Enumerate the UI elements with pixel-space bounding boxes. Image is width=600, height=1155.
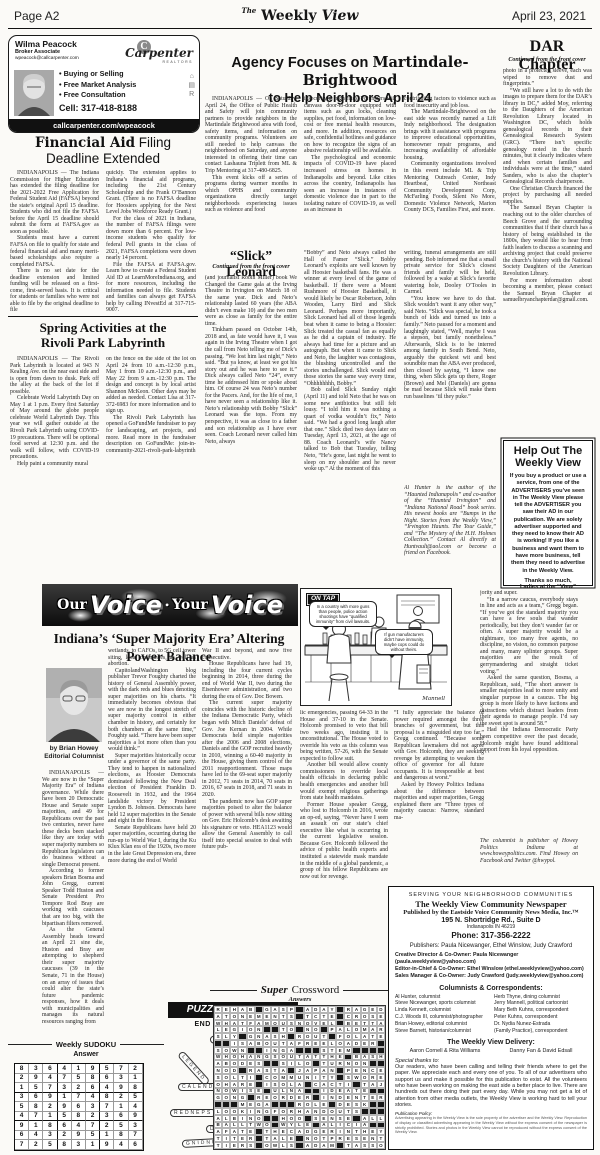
crossword-cell: U [295,1074,303,1081]
crossword-cell: O [304,1033,312,1040]
crossword-cell: A [320,1142,328,1149]
crossword-cell: L [222,1033,230,1040]
crossword-cell: N [352,1094,360,1101]
crossword-cell [352,1115,360,1122]
crossword-cell [336,1020,344,1027]
list-item: (Family Practice), correspondent [494,1028,587,1035]
sudoku-cell: 2 [43,1102,57,1112]
rule-line [343,990,390,991]
realtor-email[interactable]: wpeacock@callcarpenter.com [15,56,79,61]
sudoku-cell: 6 [29,1093,43,1103]
crossword-cell [295,1047,303,1054]
crossword-cell: A [361,1122,369,1129]
dar-continued-line: Continued from the front cover [502,57,592,63]
paragraph: Former House speaker Gregg, who lost to … [300,802,388,881]
crossword-cell: T [320,1074,328,1081]
crossword-cell: A [279,1067,287,1074]
crossword-cell: R [279,1094,287,1101]
crossword-cell [328,1101,336,1108]
howey-byline: by Brian Howey Editorial Columnist [36,745,112,761]
delivery-section-title: The Weekly View Delivery: [395,1039,587,1046]
sudoku-cell: 8 [72,1112,86,1122]
crossword-cell: R [238,1142,246,1149]
sudoku-cell: 1 [129,1074,143,1084]
crossword-cell: N [304,1135,312,1142]
crossword-cell: U [279,1020,287,1027]
crossword-cell: E [222,1026,230,1033]
sudoku-cell: 4 [58,1064,72,1074]
crossword-cell: A [230,1020,238,1027]
paragraph: wetlands, to CAFOs, to 5G cell tower sit… [108,648,196,668]
howey-col2: wetlands, to CAFOs, to 5G cell tower sit… [108,648,196,1000]
sudoku-cell: 7 [58,1074,72,1084]
sudoku-cell: 3 [114,1074,128,1084]
masthead-published: Published by the Eastside Voice Communit… [395,909,587,916]
list-item: R [188,90,195,99]
masthead-title: The Weekly View Community Newspaper [395,899,587,909]
crossword-cell: H [222,1020,230,1027]
list-item: • Free Market Analysis [59,80,136,91]
crossword-cell: T [238,1020,246,1027]
carpenter-brand: Carpenter REALTORS [125,46,193,64]
crossword-cell: A [255,1067,263,1074]
ad-phone[interactable]: Cell: 317-418-8188 [59,103,137,113]
crossword-cell: F [247,1020,255,1027]
crossword-cell: S [369,1142,377,1149]
crossword-cell [352,1047,360,1054]
crossword-cell: A [369,1081,377,1088]
crossword-cell: O [214,1081,222,1088]
crossword-cell: E [369,1128,377,1135]
crossword-cell: G [214,1094,222,1101]
crossword-cell: E [222,1006,230,1013]
sudoku-cell: 2 [129,1064,143,1074]
newspaper-nameplate: The Weekly View [0,6,600,24]
crossword-cell: H [222,1081,230,1088]
paragraph: The Rivoli Park Labyrinth has opened a G… [106,415,196,454]
crossword-cell: N [271,1013,279,1020]
crossword-cell: O [336,1040,344,1047]
crossword-cell: F [222,1128,230,1135]
crossword-cell: T [279,1026,287,1033]
sudoku-cell: 3 [129,1121,143,1131]
crossword-cell: E [263,1013,271,1020]
crossword-cell [238,1067,246,1074]
crossword-cell: B [255,1040,263,1047]
crossword-cell: D [352,1040,360,1047]
crossword-cell: T [279,1040,287,1047]
sudoku-cell: 4 [43,1074,57,1084]
crossword-cell [263,1026,271,1033]
crossword-cell: I [230,1040,238,1047]
crossword-cell [304,1115,312,1122]
crossword-cell [287,1033,295,1040]
cartoon-speech-bubble-2: If gun manufacturers didn’t have immunit… [375,629,433,655]
sudoku-cell: 4 [72,1121,86,1131]
crossword-cell: O [230,1054,238,1061]
crossword-cell: E [361,1040,369,1047]
sudoku-cell: 7 [86,1121,100,1131]
dar-body: photo in a protected sleeve, each was wi… [503,68,592,432]
crossword-cell: O [295,1115,303,1122]
crossword-cell [255,1081,263,1088]
crossword-cell: T [344,1108,352,1115]
crossword-cell: C [328,1081,336,1088]
crossword-cell: H [271,1128,279,1135]
masthead-phone[interactable]: Phone: 317-356-2222 [395,931,587,940]
crossword-cell: C [287,1128,295,1135]
crossword-cell: D [238,1060,246,1067]
sudoku-cell: 2 [100,1121,114,1131]
crossword-cell: L [328,1020,336,1027]
crossword-cell: A [247,1054,255,1061]
crossword-cell: A [222,1122,230,1129]
crossword-cell: A [295,1088,303,1095]
howey-col4: lic emergencies, passing 64-33 in the Ho… [300,710,388,982]
crossword-cell: O [222,1074,230,1081]
crossword-cell: O [279,1081,287,1088]
crossword-cell: O [247,1026,255,1033]
crossword-cell: I [263,1081,271,1088]
sudoku-cell: 1 [43,1112,57,1122]
crossword-cell: C [312,1081,320,1088]
columnists-lists: Al Hunter, columnistSteve Nicewanger, sp… [395,994,587,1035]
crossword-cell: R [352,1013,360,1020]
financial-col2: quickly. The extension applies to Indian… [106,170,196,312]
crossword-cell: H [377,1054,385,1061]
crossword-cell: A [352,1006,360,1013]
crossword-cell: O [279,1108,287,1115]
sudoku-cell: 8 [129,1083,143,1093]
banner-our: Our [57,597,87,613]
crossword-title-row: Super Crossword [210,984,390,996]
crossword-cell: F [295,1040,303,1047]
crossword-cell: S [214,1033,222,1040]
crossword-cell: E [377,1067,385,1074]
crossword-cell: O [222,1088,230,1095]
cartoon-speech-bubble-1: In a country with more guns than people,… [309,601,377,627]
sudoku-cell: 3 [58,1083,72,1093]
crossword-cell [336,1013,344,1020]
crossword-cell: M [263,1020,271,1027]
crossword-cell: L [214,1108,222,1115]
crossword-cell: I [222,1142,230,1149]
crossword-cell: L [287,1081,295,1088]
paragraph: For the class of 2021 in Indiana, the nu… [106,216,196,262]
crossword-cell: D [304,1128,312,1135]
paragraph: According to former speakers Brian Bosma… [42,868,104,927]
crossword-cell [377,1047,385,1054]
banner-bullet-icon: • [165,598,169,613]
crossword-cell: M [328,1142,336,1149]
crossword-cell: E [328,1013,336,1020]
crossword-cell: H [328,1054,336,1061]
sudoku-cell: 3 [100,1112,114,1122]
crossword-cell: A [255,1020,263,1027]
crossword-cell: N [328,1067,336,1074]
sudoku-cell: 1 [86,1140,100,1150]
crossword-cell: G [312,1128,320,1135]
crossword-cell: O [271,1094,279,1101]
crossword-cell: W [230,1088,238,1095]
crossword-cell: N [214,1088,222,1095]
crossword-cell: C [344,1122,352,1129]
crossword-cell: L [279,1135,287,1142]
crossword-cell [287,1101,295,1108]
crossword-cell: T [369,1033,377,1040]
crossword-cell: E [320,1101,328,1108]
crossword-cell: A [377,1020,385,1027]
section-divider [8,316,198,317]
crossword-cell: J [295,1067,303,1074]
crossword-cell: P [312,1067,320,1074]
crossword-cell: L [377,1115,385,1122]
slick-col1: (and journalist Robin Miller) book We Ch… [205,275,297,577]
crossword-cell [361,1047,369,1054]
crossword-cell: N [344,1060,352,1067]
crossword-cell: A [304,1006,312,1013]
crossword-cell: O [230,1013,238,1020]
crossword-cell: S [279,1060,287,1067]
crossword-cell: S [369,1054,377,1061]
crossword-cell: N [304,1074,312,1081]
paragraph: The current super majority coincides wit… [202,700,292,798]
crossword-cell: I [352,1122,360,1129]
paragraph: Super majorities historically occur unde… [108,753,196,825]
paragraph: CapitolandWashington blog publisher Trev… [108,668,196,753]
sudoku-cell: 8 [58,1140,72,1150]
help-box-title-2: Weekly View [509,458,587,470]
crossword-cell: N [295,1020,303,1027]
paragraph: Help paint a community mural [10,461,99,468]
sudoku-cell: 4 [100,1083,114,1093]
crossword-cell: L [312,1101,320,1108]
crossword-cell: E [247,1128,255,1135]
masthead-publishers: Publishers: Paula Nicewanger, Ethel Wins… [395,943,587,949]
crossword-cell: V [312,1020,320,1027]
crossword-cell: D [230,1067,238,1074]
paragraph: Bob called Slick Sunday night (April 11)… [304,387,396,472]
sudoku-cell: 2 [58,1131,72,1141]
headline-light: Filing [135,135,171,150]
masthead-owner-lines: Creative Director & Co-Owner: Paula Nice… [395,952,587,981]
howey-col5: “I fully appreciate the balance of power… [394,710,484,882]
spring-headline-1: Spring Activities at the [8,321,198,336]
list-item: Steve Barnett, historian/columnist [395,1028,488,1035]
list-item: C.J. Woods III, columnist/photographer [395,1014,488,1021]
crossword-cell: G [255,1101,263,1108]
crossword-cell: W [214,1054,222,1061]
crossword-cell: E [361,1088,369,1095]
ad-website-link[interactable]: callcarpenter.com/wpeacock [9,119,199,132]
crossword-cell: N [255,1026,263,1033]
spring-col2: on the fence on the side of the lot on A… [106,356,196,578]
list-item: Dr. Nydia Nunez-Estrada [494,1021,587,1028]
crossword-title-super: Super [261,984,288,996]
paragraph: on the fence on the side of the lot on A… [106,356,196,415]
crossword-cell [255,1047,263,1054]
realtor-ad[interactable]: Wilma Peacock Broker Associate wpeacock@… [8,35,200,133]
crossword-cell: T [344,1142,352,1149]
crossword-cell: O [279,1054,287,1061]
crossword-cell: S [263,1067,271,1074]
crossword-cell [312,1088,320,1095]
crossword-cell: I [247,1074,255,1081]
crossword-cell: E [287,1135,295,1142]
crossword-cell [214,1040,222,1047]
crossword-cell: T [320,1135,328,1142]
crossword-cell: T [320,1060,328,1067]
howey-headline-1: Indiana’s ‘Super Majority Era’ Altering [40,630,298,648]
paragraph: “We still have a lot to do with the imag… [503,88,592,186]
crossword-cell: R [247,1135,255,1142]
crossword-cell: A [320,1081,328,1088]
crossword-cell: A [320,1006,328,1013]
crossword-cell: L [214,1026,222,1033]
crossword-cell: R [377,1094,385,1101]
crossword-cell: S [361,1142,369,1149]
crossword-cell: A [320,1122,328,1129]
sudoku-cell: 5 [114,1121,128,1131]
sudoku-cell: 6 [43,1064,57,1074]
crossword-cell: H [295,1108,303,1115]
crossword-cell: A [263,1101,271,1108]
sudoku-cell: 3 [86,1102,100,1112]
crossword-cell: E [247,1101,255,1108]
crossword-cell: O [312,1135,320,1142]
crossword-cell: G [361,1006,369,1013]
crossword-cell [377,1122,385,1129]
crossword-cell [377,1060,385,1067]
crossword-cell: T [328,1047,336,1054]
sudoku-cell: 4 [29,1131,43,1141]
editorial-cartoon: ON TAP In a country with more guns than … [300,588,452,706]
paragraph: War II and beyond, and now five consecut… [202,648,292,661]
crossword-cell: N [312,1108,320,1115]
crossword-cell: H [222,1054,230,1061]
delivery-names: Aaron Cornell & Rita Williams Danny Fan … [395,1048,587,1054]
sudoku-cell: 8 [43,1121,57,1131]
crossword-cell [247,1047,255,1054]
crossword-cell: L [328,1040,336,1047]
sudoku-cell: 9 [114,1083,128,1093]
crossword-cell: I [222,1135,230,1142]
sudoku-cell: 9 [86,1064,100,1074]
crossword-cell: A [230,1128,238,1135]
sudoku-cell: 5 [86,1131,100,1141]
crossword-cell: I [247,1108,255,1115]
crossword-cell: Y [230,1033,238,1040]
paragraph: As the General Assembly heads toward an … [42,927,104,1025]
sudoku-cell: 7 [29,1112,43,1122]
crossword-cell: O [344,1033,352,1040]
crossword-cell: O [222,1067,230,1074]
crossword-cell: M [361,1026,369,1033]
help-out-box: Help Out The Weekly View If you buy a pr… [503,440,593,586]
crossword-cell: L [238,1122,246,1129]
crossword-cell: G [263,1006,271,1013]
sudoku-cell: 7 [129,1131,143,1141]
sudoku-cell: 9 [72,1131,86,1141]
crossword-cell: N [369,1135,377,1142]
crossword-cell: K [238,1108,246,1115]
crossword-cell: D [336,1094,344,1101]
paragraph: The psychological and economic impacts o… [304,155,396,214]
sudoku-cell: 5 [58,1112,72,1122]
crossword-cell: H [279,1033,287,1040]
sudoku-cell: 6 [86,1083,100,1093]
paragraph: “I fully appreciate the balance of power… [394,710,484,782]
banner-your: Your [172,597,208,613]
crossword-cell: E [336,1088,344,1095]
crossword-cell: M [238,1101,246,1108]
rule-line [210,990,257,991]
issue-date: April 23, 2021 [512,9,586,23]
crossword-cell [377,1040,385,1047]
sudoku-cell: 5 [15,1102,29,1112]
crossword-cell [369,1088,377,1095]
paragraph: Community organizations involved in this… [404,161,496,213]
crossword-cell: A [336,1026,344,1033]
help-box-body: If you buy a product or use a service, f… [509,473,587,575]
crossword-cell: H [230,1006,238,1013]
crossword-cell: M [279,1074,287,1081]
crossword-cell: T [238,1074,246,1081]
sudoku-cell: 9 [29,1074,43,1084]
crossword-cell: I [320,1094,328,1101]
carpenter-brand-sub: REALTORS [125,60,193,64]
crossword-cell: W [352,1074,360,1081]
crossword-cell: E [247,1081,255,1088]
nameplate-weekly: Weekly [261,8,321,24]
crossword-cell [230,1101,238,1108]
crossword-cell: N [361,1067,369,1074]
crossword-cell: O [263,1040,271,1047]
crossword-cell: A [304,1054,312,1061]
sudoku-cell: 9 [15,1121,29,1131]
crossword-cell: L [295,1122,303,1129]
crossword-cell: T [361,1094,369,1101]
sudoku-title-row: Weekly SUDOKU [8,1040,164,1049]
crossword-cell: O [304,1060,312,1067]
crossword-cell: I [344,1081,352,1088]
masthead-address: 195 N. Shortridge Rd., Suite D [395,917,587,924]
crossword-cell: T [263,1135,271,1142]
sudoku-cell: 2 [72,1083,86,1093]
crossword-cell: O [287,1026,295,1033]
crossword-cell: Y [377,1128,385,1135]
crossword-cell [295,1135,303,1142]
sudoku-cell: 5 [129,1093,143,1103]
crossword-cell: U [336,1108,344,1115]
paragraph: The pandemic now has GOP super majoritie… [202,799,292,851]
crossword-cell: W [271,1142,279,1149]
crossword-cell: T [352,1088,360,1095]
crossword-cell: S [287,1142,295,1149]
list-item: Jerry Mannell, political cartoonist [494,1000,587,1007]
sudoku-cell: 4 [114,1140,128,1150]
sudoku-cell: 5 [72,1074,86,1084]
crossword-cell: T [238,1128,246,1135]
crossword-cell: A [352,1142,360,1149]
sudoku-cell: 2 [86,1112,100,1122]
howey-author-note: The columnist is publisher of Howey Poli… [480,838,578,882]
crossword-cell: S [352,1101,360,1108]
crossword-cell: S [287,1020,295,1027]
crossword-cell: O [230,1108,238,1115]
sudoku-cell: 2 [29,1140,43,1150]
crossword-cell: A [369,1026,377,1033]
